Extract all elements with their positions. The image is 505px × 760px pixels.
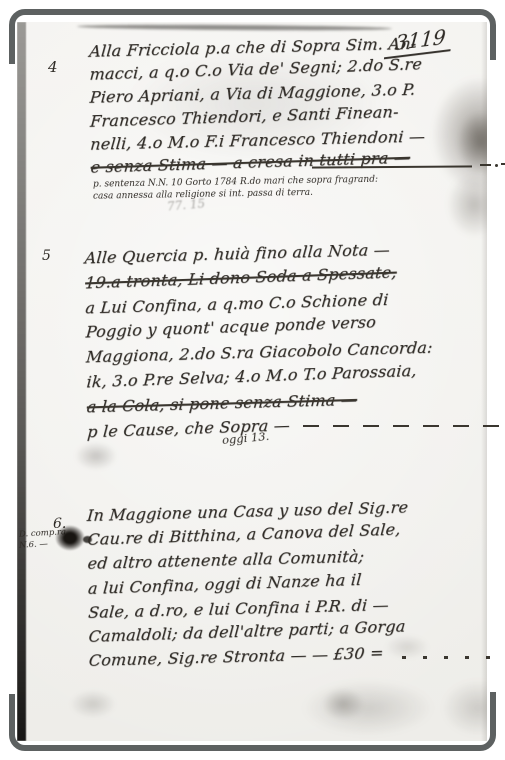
- entry-4-margin-number: 4: [48, 58, 58, 76]
- stain-mid-left: [75, 442, 117, 470]
- stain-bottom-1: [70, 690, 116, 718]
- manuscript-page: 3119 4 Alla Fricciola p.a che di Sopra S…: [17, 22, 487, 741]
- page-top-edge-shadow: [77, 24, 392, 31]
- entry-4-trailing-dash: [480, 164, 491, 166]
- entry-4-trailing-dash: [501, 163, 505, 165]
- entry-4-footnote: p. sentenza N.N. 10 Gorto 1784 R.do mari…: [93, 177, 403, 200]
- faint-bleedthrough-number: 77. 15: [166, 196, 205, 213]
- entry-6-trailing-dots: [402, 656, 505, 659]
- entry-4-trailing-dot: [495, 164, 498, 167]
- entry-4-text: Alla Fricciola p.a che di Sopra Sim. An-…: [90, 36, 426, 179]
- entry-5-trailing-dashes: [303, 425, 504, 427]
- stain-bottom-3: [322, 688, 364, 720]
- entry-6-text: In Maggione una Casa y uso del Sig.re Ca…: [88, 500, 411, 673]
- entry-5-text: Alle Quercia p. huià fino alla Nota — 19…: [86, 242, 435, 445]
- entry-5-date-note: oggi 13.: [221, 429, 269, 447]
- ink-blot: [55, 525, 85, 551]
- frame-mask-left: [3, 64, 16, 694]
- scanned-manuscript-screenshot: 3119 4 Alla Fricciola p.a che di Sopra S…: [0, 0, 505, 760]
- frame-mask-right: [489, 60, 502, 692]
- page-left-edge-shadow: [17, 22, 26, 741]
- entry-5-margin-number: 5: [42, 248, 51, 264]
- stain-bottom-5: [442, 680, 487, 736]
